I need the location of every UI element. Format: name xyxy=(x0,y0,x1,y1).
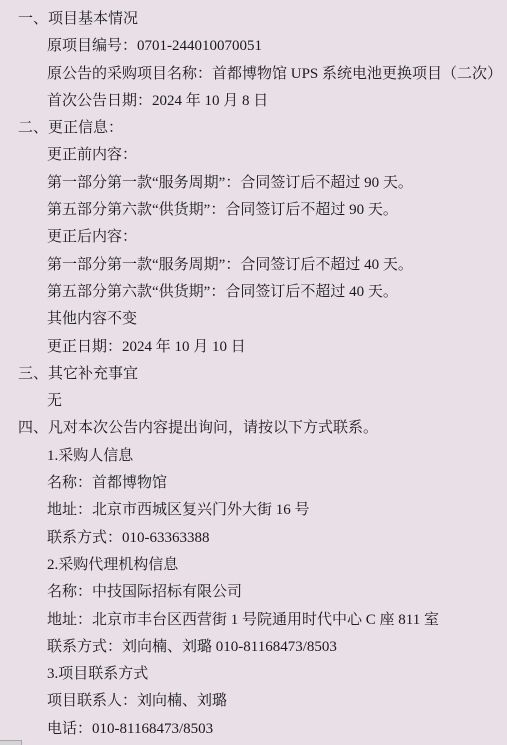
correction-date: 更正日期：2024 年 10 月 10 日 xyxy=(0,334,507,361)
first-announcement-date: 首次公告日期：2024 年 10 月 8 日 xyxy=(0,88,507,115)
section-3-heading: 三、其它补充事宜 xyxy=(0,361,507,388)
before-correction-item-1: 第一部分第一款“服务周期”：合同签订后不超过 90 天。 xyxy=(0,170,507,197)
agency-address: 地址：北京市丰台区西营街 1 号院通用时代中心 C 座 811 室 xyxy=(0,607,507,634)
after-correction-label: 更正后内容： xyxy=(0,224,507,251)
original-project-name: 原公告的采购项目名称：首都博物馆 UPS 系统电池更换项目（二次） xyxy=(0,61,507,88)
notice-body: 一、项目基本情况 原项目编号：0701-244010070051 原公告的采购项… xyxy=(0,6,507,743)
purchaser-info-heading: 1.采购人信息 xyxy=(0,443,507,470)
correction-notice-page: 一、项目基本情况 原项目编号：0701-244010070051 原公告的采购项… xyxy=(0,0,507,745)
project-contact-person: 项目联系人：刘向楠、刘璐 xyxy=(0,688,507,715)
agency-contact: 联系方式：刘向楠、刘璐 010-81168473/8503 xyxy=(0,634,507,661)
other-content-unchanged: 其他内容不变 xyxy=(0,306,507,333)
project-contact-heading: 3.项目联系方式 xyxy=(0,661,507,688)
section-4-heading: 四、凡对本次公告内容提出询问，请按以下方式联系。 xyxy=(0,415,507,442)
project-contact-phone: 电话：010-81168473/8503 xyxy=(0,716,507,743)
section-2-heading: 二、更正信息： xyxy=(0,115,507,142)
purchaser-name: 名称：首都博物馆 xyxy=(0,470,507,497)
original-project-number: 原项目编号：0701-244010070051 xyxy=(0,33,507,60)
section-1-heading: 一、项目基本情况 xyxy=(0,6,507,33)
before-correction-item-2: 第五部分第六款“供货期”：合同签订后不超过 90 天。 xyxy=(0,197,507,224)
horizontal-scrollbar-thumb[interactable] xyxy=(0,740,22,745)
purchaser-address: 地址：北京市西城区复兴门外大街 16 号 xyxy=(0,497,507,524)
agency-info-heading: 2.采购代理机构信息 xyxy=(0,552,507,579)
after-correction-item-2: 第五部分第六款“供货期”：合同签订后不超过 40 天。 xyxy=(0,279,507,306)
purchaser-contact: 联系方式：010-63363388 xyxy=(0,525,507,552)
before-correction-label: 更正前内容： xyxy=(0,142,507,169)
section-3-content: 无 xyxy=(0,388,507,415)
agency-name: 名称：中技国际招标有限公司 xyxy=(0,579,507,606)
after-correction-item-1: 第一部分第一款“服务周期”：合同签订后不超过 40 天。 xyxy=(0,252,507,279)
